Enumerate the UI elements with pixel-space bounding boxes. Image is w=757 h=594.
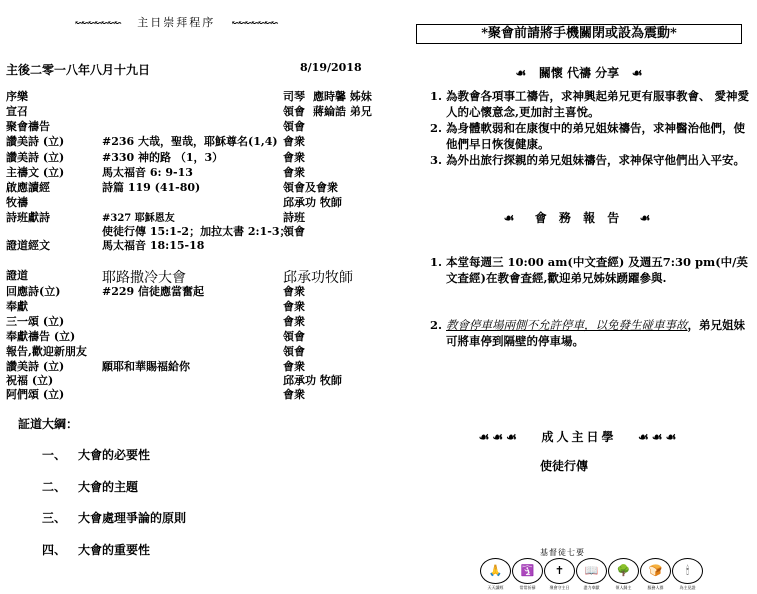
program-content: 馬太福音 6: 9-13 — [102, 164, 193, 180]
ornament-icon: ☙ — [504, 211, 519, 225]
program-item: 三一頌 (立) — [6, 313, 64, 329]
ornament-left-icon: ↜↜↜↜↜↜↜ — [75, 19, 121, 29]
affairs-item-1: 1. 本堂每週三 10:00 am(中文查經) 及週五7:30 pm(中/英文查… — [430, 254, 750, 286]
program-item: 證道 — [6, 267, 28, 283]
affairs-text: 本堂每週三 10:00 am(中文查經) 及週五7:30 pm(中/英文查經)在… — [446, 255, 748, 285]
program-row: 阿們頌 (立)會衆 — [6, 386, 386, 401]
program-content: #236 大哉，聖哉，耶穌尊名(1,4) — [102, 133, 278, 149]
outline-number: 二、 — [42, 478, 66, 495]
ornament-right-icon: ↜↜↜↜↜↜↜ — [232, 19, 278, 29]
sermon-outline-heading: 証道大綱： — [18, 415, 78, 432]
essential-caption: 常常祈禱 — [512, 585, 543, 591]
program-person: 應時馨 姊妹 — [313, 88, 372, 104]
program-role: 領會 — [283, 103, 305, 119]
program-item: 讚美詩 (立) — [6, 149, 64, 165]
program-item: 報告,歡迎新朋友 — [6, 343, 87, 359]
program-item: 牧禱 — [6, 194, 28, 210]
prayer-number: 1. — [430, 88, 442, 104]
outline-number: 三、 — [42, 509, 66, 526]
program-item: 聚會禱告 — [6, 118, 50, 134]
program-item: 阿們頌 (立) — [6, 386, 64, 402]
prayer-heading-text: 關懷 代禱 分享 — [539, 66, 619, 80]
prayer-text: 為教會各項事工禱告，求神興起弟兄更有服事教會、 愛神愛人的心懷意念,更加討主喜悅… — [446, 89, 749, 119]
sunday-school-topic: 使徒行傳 — [416, 457, 712, 474]
program-content: #327 耶穌恩友 — [102, 209, 175, 224]
phone-notice-banner: *聚會前請將手機關閉或設為震動* — [416, 24, 742, 44]
prayer-heading: ☙ 關懷 代禱 分享 ☙ — [416, 64, 742, 81]
affairs-item-2: 2. 教會停車場兩側不允許停車，以免發生碰車事故，弟兄姐妹可將車停到隔壁的停車場… — [430, 317, 750, 349]
program-row: 讚美詩 (立)#236 大哉，聖哉，耶穌尊名(1,4)會衆 — [6, 133, 386, 148]
ornament-icon: ☙☙☙ — [638, 430, 679, 444]
program-role: 會衆 — [283, 133, 305, 149]
program-row: 宣召領會蔣綸誥 弟兄 — [6, 103, 386, 118]
program-row: 證道耶路撒冷大會邱承功牧師 — [6, 267, 386, 282]
essential-caption: 天天讀經 — [480, 585, 511, 591]
affairs-number: 1. — [430, 254, 442, 270]
outline-number: 四、 — [42, 541, 66, 558]
essential-caption: 領人歸主 — [608, 585, 639, 591]
essential-icon: 🛐 — [512, 558, 543, 584]
program-content: #229 信徒應當奮起 — [102, 283, 204, 299]
essential-caption: 盡力奉獻 — [576, 585, 607, 591]
prayer-item: 1.為教會各項事工禱告，求神興起弟兄更有服事教會、 愛神愛人的心懷意念,更加討主… — [430, 88, 750, 120]
essential-icon: 🍞 — [640, 558, 671, 584]
program-row: 報告,歡迎新朋友領會 — [6, 343, 386, 358]
program-row: 主禱文 (立)馬太福音 6: 9-13會衆 — [6, 164, 386, 179]
program-title: ↜↜↜↜↜↜↜ 主日崇拜程序 ↜↜↜↜↜↜↜ — [75, 14, 278, 30]
prayer-text: 為身體軟弱和在康復中的弟兄姐妹禱告，求神醫治他們，使他們早日恢復健康。 — [446, 121, 745, 151]
prayer-number: 2. — [430, 120, 442, 136]
program-content: #330 神的路 （1，3） — [102, 149, 223, 165]
program-role: 會衆 — [283, 313, 305, 329]
outline-text: 大會的重要性 — [78, 541, 150, 558]
program-role: 會衆 — [283, 298, 305, 314]
program-row: 序樂司琴應時馨 姊妹 — [6, 88, 386, 103]
seven-essentials-logo: 基督徒七要 🙏🛐✝📖🌳🍞🕯 天天讀經常常祈禱聚會守主日盡力奉獻領人歸主服務人群為… — [478, 547, 668, 593]
program-row: 讚美詩 (立)願耶和華賜福給你會衆 — [6, 358, 386, 373]
essential-caption: 服務人群 — [640, 585, 671, 591]
outline-text: 大會的必要性 — [78, 446, 150, 463]
program-row: 聚會禱告領會 — [6, 118, 386, 133]
program-row: 證道經文馬太福音 18:15-18 — [6, 237, 386, 252]
program-role: 會衆 — [283, 386, 305, 402]
outline-text: 大會處理爭論的原則 — [78, 509, 186, 526]
essential-icon: 🕯 — [672, 558, 703, 584]
ornament-icon: ☙☙☙ — [479, 430, 520, 444]
affairs-emphasis: 教會停車場兩側不允許停車，以免發生碰車事故 — [446, 318, 688, 332]
outline-number: 一、 — [42, 446, 66, 463]
program-item: 啟應讀經 — [6, 179, 50, 195]
program-row: 牧禱邱承功 牧師 — [6, 194, 386, 209]
program-role: 會衆 — [283, 149, 305, 165]
program-item: 奉獻 — [6, 298, 28, 314]
outline-text: 大會的主題 — [78, 478, 138, 495]
program-title-text: 主日崇拜程序 — [137, 16, 215, 29]
affairs-number: 2. — [430, 317, 442, 333]
program-item: 回應詩(立) — [6, 283, 60, 299]
program-role: 領會 — [283, 328, 305, 344]
program-role: 會衆 — [283, 283, 305, 299]
logo-title: 基督徒七要 — [540, 547, 585, 558]
program-row: 三一頌 (立)會衆 — [6, 313, 386, 328]
program-item: 序樂 — [6, 88, 28, 104]
program-role: 司琴 — [283, 88, 305, 104]
program-role: 邱承功 牧師 — [283, 194, 342, 210]
essential-icon: 📖 — [576, 558, 607, 584]
ornament-icon: ☙ — [632, 66, 643, 80]
essential-icon: ✝ — [544, 558, 575, 584]
program-role: 領會 — [283, 118, 305, 134]
sunday-school-heading: ☙☙☙ 成人主日學 ☙☙☙ — [416, 428, 742, 445]
date-chinese: 主後二零一八年八月十九日 — [6, 61, 150, 78]
prayer-item: 2.為身體軟弱和在康復中的弟兄姐妹禱告，求神醫治他們，使他們早日恢復健康。 — [430, 120, 750, 152]
program-role: 領會及會衆 — [283, 179, 338, 195]
prayer-text: 為外出旅行探親的弟兄姐妹禱告，求神保守他們出入平安。 — [446, 153, 745, 167]
program-content: 詩篇 119 (41-80) — [102, 179, 200, 195]
date-numeric: 8/19/2018 — [300, 61, 362, 74]
prayer-item: 3.為外出旅行探親的弟兄姐妹禱告，求神保守他們出入平安。 — [430, 152, 750, 168]
program-row: 回應詩(立)#229 信徒應當奮起會衆 — [6, 283, 386, 298]
prayer-list: 1.為教會各項事工禱告，求神興起弟兄更有服事教會、 愛神愛人的心懷意念,更加討主… — [430, 88, 750, 168]
affairs-heading-text: 會 務 報 告 — [535, 211, 624, 225]
program-row: 啟應讀經詩篇 119 (41-80)領會及會衆 — [6, 179, 386, 194]
program-row: 詩班獻詩#327 耶穌恩友詩班 — [6, 209, 386, 224]
program-row: 祝福 (立)邱承功 牧師 — [6, 372, 386, 387]
essential-icon: 🌳 — [608, 558, 639, 584]
program-role: 領會 — [283, 343, 305, 359]
program-row: 讚美詩 (立)#330 神的路 （1，3）會衆 — [6, 149, 386, 164]
logo-captions: 天天讀經常常祈禱聚會守主日盡力奉獻領人歸主服務人群為主見證 — [480, 585, 703, 591]
program-row: 使徒行傳 15:1-2；加拉太書 2:1-3；領會 — [6, 223, 386, 238]
essential-caption: 為主見證 — [672, 585, 703, 591]
program-content: 馬太福音 18:15-18 — [102, 237, 204, 253]
ornament-icon: ☙ — [640, 211, 655, 225]
prayer-number: 3. — [430, 152, 442, 168]
logo-icons: 🙏🛐✝📖🌳🍞🕯 — [480, 558, 703, 584]
program-item: 證道經文 — [6, 237, 50, 253]
program-row: 奉獻會衆 — [6, 298, 386, 313]
affairs-heading: ☙ 會 務 報 告 ☙ — [416, 209, 742, 226]
program-role: 會衆 — [283, 164, 305, 180]
program-item: 主禱文 (立) — [6, 164, 64, 180]
program-row: 奉獻禱告 (立)領會 — [6, 328, 386, 343]
program-item: 宣召 — [6, 103, 28, 119]
sunday-school-heading-text: 成人主日學 — [541, 430, 616, 444]
essential-caption: 聚會守主日 — [544, 585, 575, 591]
program-item: 讚美詩 (立) — [6, 133, 64, 149]
ornament-icon: ☙ — [516, 66, 527, 80]
program-item: 奉獻禱告 (立) — [6, 328, 75, 344]
program-person: 蔣綸誥 弟兄 — [313, 103, 372, 119]
essential-icon: 🙏 — [480, 558, 511, 584]
